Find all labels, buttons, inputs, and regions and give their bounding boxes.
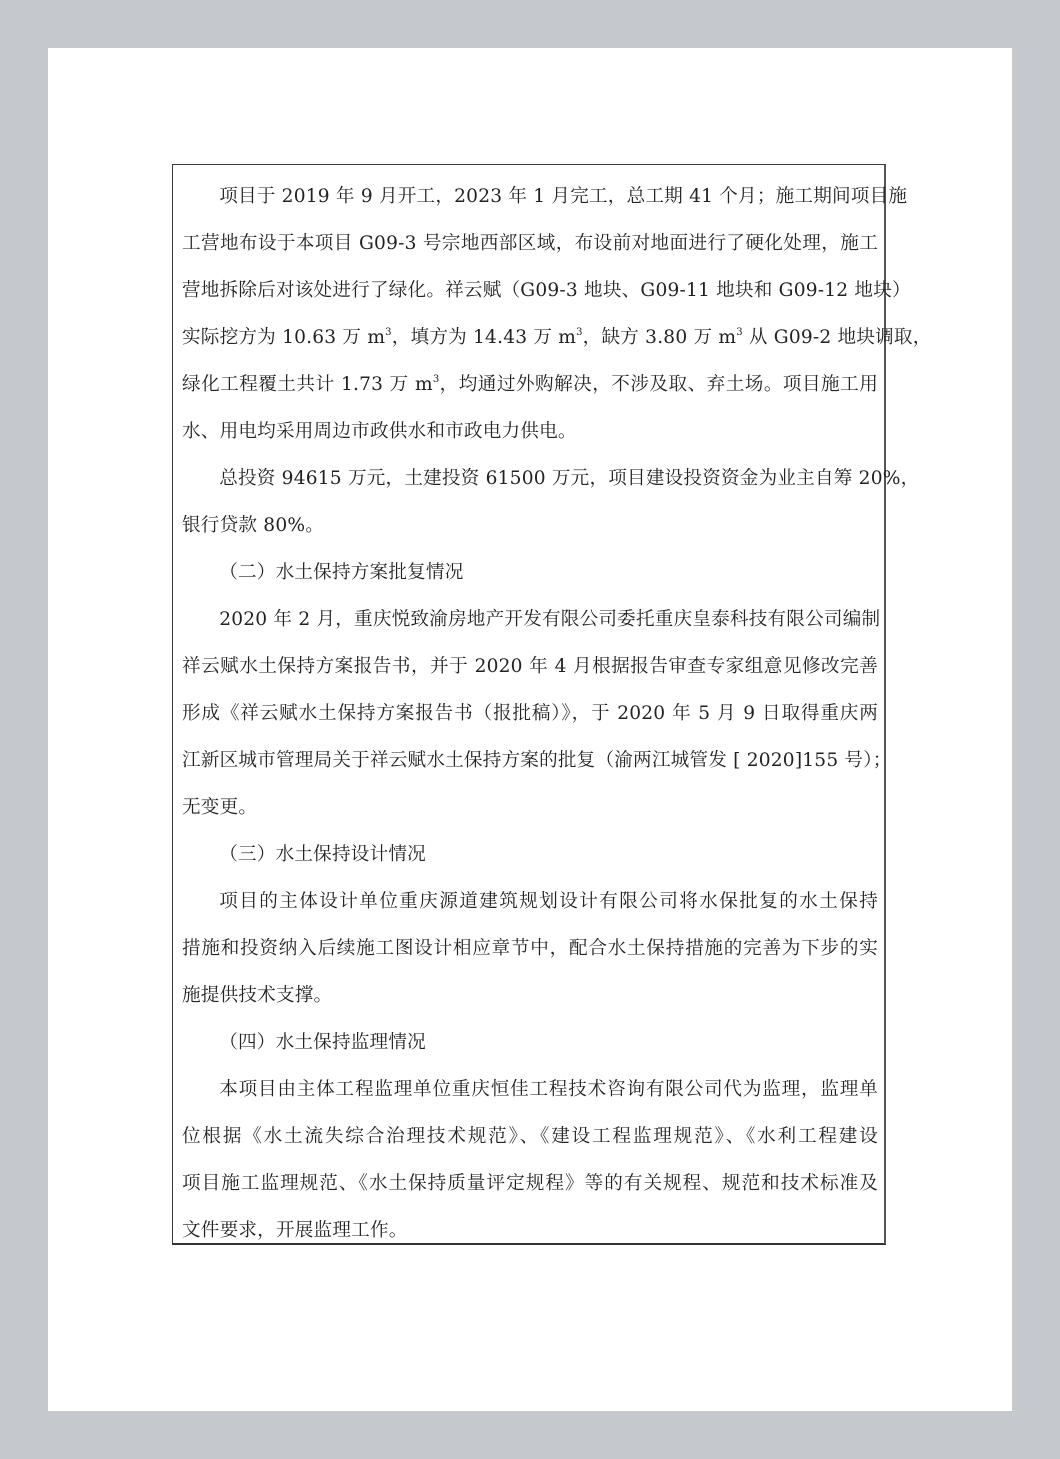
text-line: 绿化工程覆土共计 1.73 万 m3，均通过外购解决，不涉及取、弃土场。项目施工… [182,361,878,408]
document-body: 项目于 2019 年 9 月开工，2023 年 1 月完工，总工期 41 个月；… [182,173,878,1254]
content-frame: 项目于 2019 年 9 月开工，2023 年 1 月完工，总工期 41 个月；… [172,164,886,1245]
text-line: 江新区城市管理局关于祥云赋水土保持方案的批复（渝两江城管发 [ 2020]155… [182,737,878,784]
text-line: 工营地布设于本项目 G09-3 号宗地西部区域，布设前对地面进行了硬化处理，施工 [182,220,878,267]
paragraph-supervision: 本项目由主体工程监理单位重庆恒佳工程技术咨询有限公司代为监理，监理单 位根据《水… [182,1066,878,1254]
text-line: 本项目由主体工程监理单位重庆恒佳工程技术咨询有限公司代为监理，监理单 [182,1066,878,1113]
text-line: 总投资 94615 万元，土建投资 61500 万元，项目建设投资资金为业主自筹… [182,455,878,502]
text-line: 水、用电均采用周边市政供水和市政电力供电。 [182,408,878,455]
section-heading-plan-approval: （二）水土保持方案批复情况 [182,549,878,596]
text-line: 项目的主体设计单位重庆源道建筑规划设计有限公司将水保批复的水土保持 [182,878,878,925]
section-heading-supervision: （四）水土保持监理情况 [182,1019,878,1066]
text-line: 银行贷款 80%。 [182,502,878,549]
text-line: 施提供技术支撑。 [182,972,878,1019]
paragraph-plan-approval: 2020 年 2 月，重庆悦致渝房地产开发有限公司委托重庆皇泰科技有限公司编制 … [182,596,878,831]
text-line: 措施和投资纳入后续施工图设计相应章节中，配合水土保持措施的完善为下步的实 [182,925,878,972]
text-line: 项目施工监理规范、《水土保持质量评定规程》等的有关规程、规范和技术标准及 [182,1160,878,1207]
paragraph-construction-schedule: 项目于 2019 年 9 月开工，2023 年 1 月完工，总工期 41 个月；… [182,173,878,455]
text-line: 位根据《水土流失综合治理技术规范》、《建设工程监理规范》、《水利工程建设 [182,1113,878,1160]
text-line: 形成《祥云赋水土保持方案报告书（报批稿）》，于 2020 年 5 月 9 日取得… [182,690,878,737]
text-line: 无变更。 [182,784,878,831]
text-line: 祥云赋水土保持方案报告书，并于 2020 年 4 月根据报告审查专家组意见修改完… [182,643,878,690]
text-line: 项目于 2019 年 9 月开工，2023 年 1 月完工，总工期 41 个月；… [182,173,878,220]
text-line: 实际挖方为 10.63 万 m3，填方为 14.43 万 m3，缺方 3.80 … [182,314,878,361]
heading-text: （二）水土保持方案批复情况 [182,549,878,596]
text-line: 文件要求，开展监理工作。 [182,1207,878,1254]
text-line: 2020 年 2 月，重庆悦致渝房地产开发有限公司委托重庆皇泰科技有限公司编制 [182,596,878,643]
section-heading-design: （三）水土保持设计情况 [182,831,878,878]
paragraph-design: 项目的主体设计单位重庆源道建筑规划设计有限公司将水保批复的水土保持 措施和投资纳… [182,878,878,1019]
heading-text: （四）水土保持监理情况 [182,1019,878,1066]
heading-text: （三）水土保持设计情况 [182,831,878,878]
document-page: 项目于 2019 年 9 月开工，2023 年 1 月完工，总工期 41 个月；… [48,48,1012,1411]
paragraph-investment: 总投资 94615 万元，土建投资 61500 万元，项目建设投资资金为业主自筹… [182,455,878,549]
text-line: 营地拆除后对该处进行了绿化。祥云赋（G09-3 地块、G09-11 地块和 G0… [182,267,878,314]
